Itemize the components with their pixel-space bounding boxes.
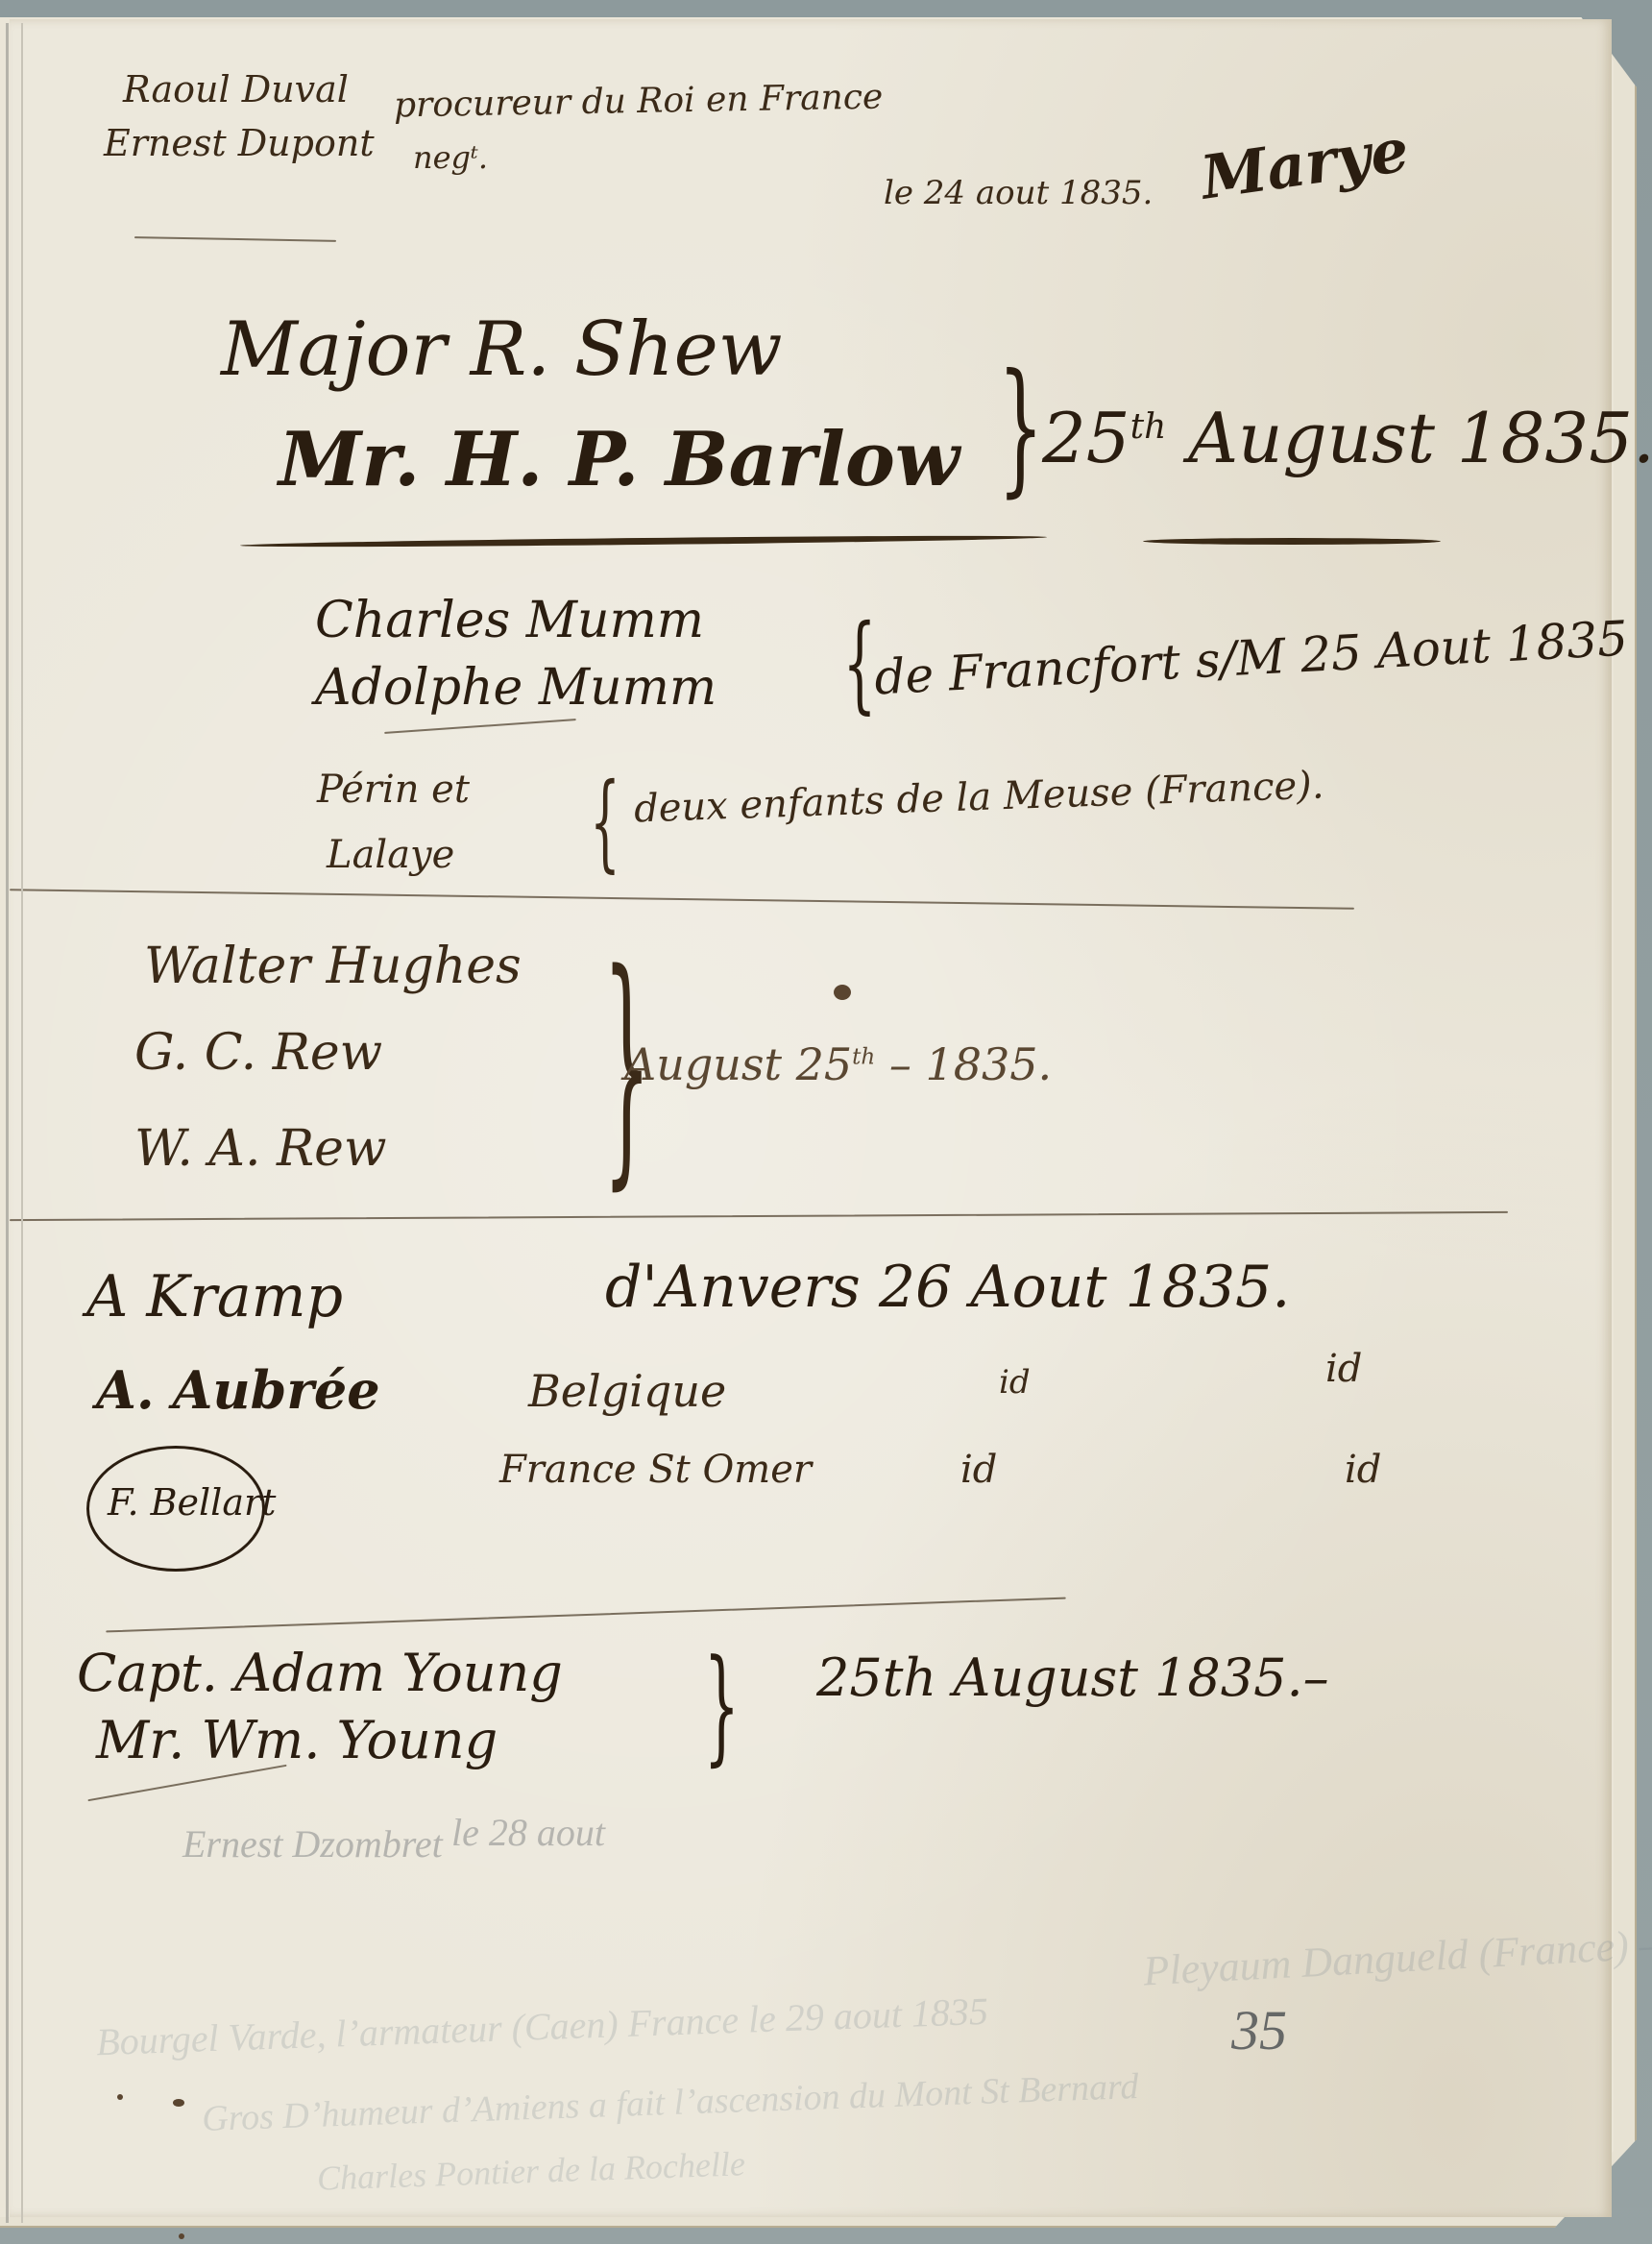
divider-line <box>10 889 1354 910</box>
manuscript-page: Pleyaum Dangueld (France) – 23 aout 1835… <box>10 19 1612 2217</box>
entry-description: procureur du Roi en France <box>394 81 884 124</box>
entry-name: G. C. Rew <box>134 1028 382 1078</box>
entry-description: deux enfants de la Meuse (France). <box>634 766 1325 828</box>
entry-country: France St Omer <box>499 1451 812 1489</box>
entry-name: Walter Hughes <box>144 941 522 991</box>
entry-country: Belgique <box>528 1369 726 1413</box>
entry-name: Ernest Dupont <box>104 125 375 161</box>
entry-name: Capt. Adam Young <box>77 1647 563 1699</box>
date-day: 25 <box>1042 398 1130 478</box>
entry-name: Adolphe Mumm <box>315 663 717 713</box>
divider-flourish <box>240 534 1047 549</box>
grouping-brace: { <box>590 768 620 874</box>
entry-name: Charles Mumm <box>315 596 704 646</box>
date-rest: August 1835. <box>1188 398 1652 478</box>
entry-name: Périn et <box>317 770 470 809</box>
grouping-brace: } <box>998 355 1044 500</box>
entry-name: Major R. Shew <box>221 312 783 387</box>
page-number: 35 <box>1231 2003 1287 2059</box>
entry-name: A Kramp <box>86 1268 343 1326</box>
entry-name: F. Bellart <box>108 1484 276 1521</box>
entry-date: August 25th – 1835. <box>624 1042 1052 1086</box>
date-suffix: th <box>852 1045 875 1070</box>
signature: Marye <box>1198 120 1412 208</box>
entry-date: 25th August 1835. <box>1042 403 1652 473</box>
ink-blot <box>834 985 851 1000</box>
ink-speck <box>173 2099 184 2107</box>
entry-name: Mr. Wm. Young <box>96 1715 498 1767</box>
binding-edge <box>21 23 23 2223</box>
bleed-through-line: Pleyaum Dangueld (France) – 23 aout 1835 <box>1142 1912 1652 1993</box>
entry-name: Raoul Duval <box>123 71 349 108</box>
divider-line <box>10 1211 1508 1221</box>
divider-line <box>134 236 336 242</box>
ditto-mark: id <box>999 1366 1031 1399</box>
ditto-mark: id <box>1325 1350 1362 1388</box>
entry-name: W. A. Rew <box>134 1124 386 1174</box>
entry-date: le 24 aout 1835. <box>884 177 1153 209</box>
divider-flourish <box>1143 538 1441 545</box>
divider-line <box>384 719 576 734</box>
date-suffix: th <box>1130 407 1167 447</box>
ink-speck <box>117 2094 123 2100</box>
ditto-mark: id <box>960 1451 997 1489</box>
entry-name: Mr. H. P. Barlow <box>279 423 960 498</box>
bleed-through-line: Bourgel Varde, l’armateur (Caen) France … <box>96 1992 989 2061</box>
entry-name: Lalaye <box>327 836 454 874</box>
pencil-date: le 28 aout <box>451 1814 605 1852</box>
entry-place-date: d'Anvers 26 Aout 1835. <box>605 1258 1290 1316</box>
binding-edge <box>6 23 9 2223</box>
ditto-mark: id <box>1345 1451 1381 1489</box>
entry-place-date: de Francfort s/M 25 Aout 1835 <box>873 614 1629 701</box>
entry-name: A. Aubrée <box>96 1364 380 1416</box>
grouping-brace: { <box>843 610 877 716</box>
bleed-through-line: Gros D’humeur d’Amiens a fait l’ascensio… <box>202 2068 1139 2137</box>
entry-date: 25th August 1835.– <box>816 1652 1329 1704</box>
date-main: August 25 <box>624 1038 852 1090</box>
entry-description: negᵗ. <box>413 142 488 173</box>
ink-speck <box>179 2233 184 2239</box>
divider-line <box>106 1598 1065 1633</box>
pencil-name: Ernest Dzombret <box>182 1825 443 1864</box>
bleed-through-line: Charles Pontier de la Rochelle <box>317 2146 746 2196</box>
date-year: – 1835. <box>889 1038 1052 1090</box>
grouping-brace: } <box>704 1643 740 1768</box>
